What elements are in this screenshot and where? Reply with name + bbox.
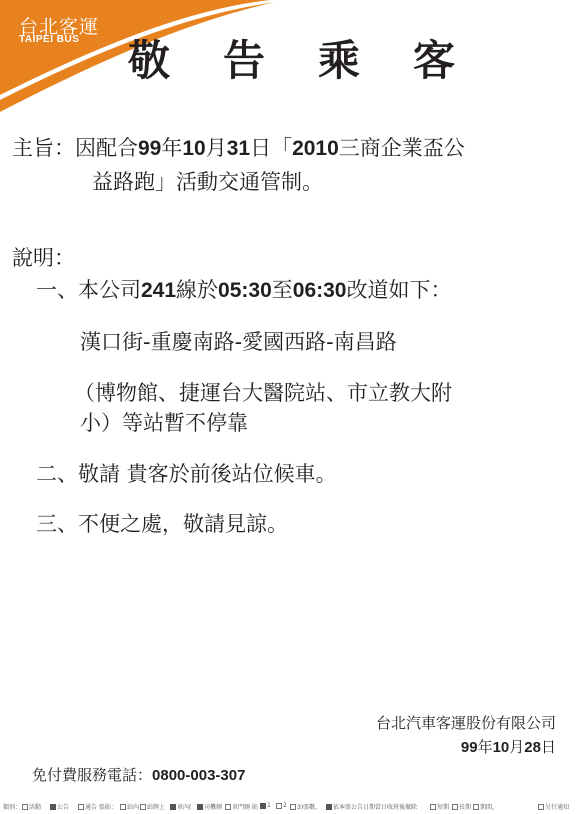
option-long-term[interactable]: 長期 — [452, 802, 471, 811]
option-in-station[interactable]: 站內 — [120, 802, 139, 811]
checkbox-icon — [538, 804, 544, 810]
checkbox-icon — [452, 804, 458, 810]
checkbox-icon — [78, 804, 84, 810]
option-label: 1 — [267, 802, 271, 809]
subject-line-2: 益路跑」活動交通管制。 — [92, 166, 323, 196]
option-count-1[interactable]: 1 — [260, 802, 271, 809]
subject-text: 因配合 — [75, 136, 138, 160]
checkbox-checked-icon — [260, 803, 266, 809]
option-notify-later[interactable]: 另行通知 — [538, 802, 569, 811]
checkbox-icon — [430, 804, 436, 810]
notice-date: 99年10月28日 — [461, 736, 556, 757]
subject-event-year: 2010 — [292, 137, 339, 160]
checkbox-icon — [22, 804, 28, 810]
option-label: 期間， — [480, 802, 498, 811]
date-day: 28 — [524, 739, 541, 756]
option-label: 3)張數， — [297, 802, 321, 811]
detour-route: 漢口街-重慶南路-愛國西路-南昌路 — [80, 326, 397, 356]
option-label: 站牌上 — [147, 802, 165, 811]
checkbox-checked-icon — [197, 804, 203, 810]
checkbox-icon — [290, 804, 296, 810]
checkbox-checked-icon — [50, 804, 56, 810]
page-title: 敬告乘客 — [128, 28, 508, 88]
item-1-mid2: 至 — [272, 278, 293, 302]
title-char-4: 客 — [413, 28, 508, 88]
option-count-2[interactable]: 2 — [276, 802, 287, 809]
option-notice[interactable]: 通告 張貼： — [78, 802, 117, 811]
checkbox-checked-icon — [326, 804, 332, 810]
option-count-3[interactable]: 3)張數， — [290, 802, 321, 811]
checkbox-icon — [473, 804, 479, 810]
date-month-unit: 月 — [509, 738, 524, 756]
category-label: 類別： — [3, 802, 21, 811]
brand-logo-en: TAIPEI BUS — [19, 34, 79, 45]
explanation-item-1: 一、本公司241線於05:30至06:30改道如下： — [36, 274, 451, 304]
skipped-stops-line-1: （博物館、捷運台大醫院站、市立教大附 — [74, 377, 452, 407]
checkbox-icon — [140, 804, 146, 810]
option-label: 通告 張貼： — [85, 802, 117, 811]
hotline: 免付費服務電話：0800-003-307 — [32, 764, 245, 785]
option-remove-after-date[interactable]: 依本張公告日期當日收班後撤除 — [326, 802, 417, 811]
option-driver-side[interactable]: 司機側 — [197, 802, 222, 811]
checkbox-icon — [225, 804, 231, 810]
subject-year-unit: 年 — [161, 136, 182, 160]
subject-day-unit: 日「 — [250, 136, 292, 160]
option-label: 活動 — [29, 802, 41, 811]
company-name: 台北汽車客運股份有限公司 — [376, 712, 556, 733]
option-activity[interactable]: 活動 — [22, 802, 41, 811]
option-label: 長期 — [459, 802, 471, 811]
option-door-side[interactable]: 車門側 貼 — [225, 802, 258, 811]
subject-month: 10 — [182, 137, 205, 160]
option-in-bus[interactable]: 車內( — [170, 802, 191, 811]
option-label: 公告 — [57, 802, 69, 811]
time-start: 05:30 — [218, 279, 272, 302]
title-char-2: 告 — [223, 28, 318, 88]
option-period[interactable]: 期間， — [473, 802, 498, 811]
option-announcement[interactable]: 公告 — [50, 802, 69, 811]
subject-label: 主旨： — [12, 136, 75, 160]
item-1-mid1: 線於 — [176, 278, 218, 302]
checkbox-icon — [276, 803, 282, 809]
title-char-1: 敬 — [128, 28, 223, 88]
date-year: 99 — [461, 739, 478, 756]
route-number: 241 — [141, 279, 176, 302]
date-month: 10 — [493, 739, 510, 756]
subject-line-1: 主旨：因配合99年10月31日「2010三商企業盃公 — [12, 132, 465, 162]
checkbox-icon — [120, 804, 126, 810]
title-char-3: 乘 — [318, 28, 413, 88]
posting-form-strip: 類別： 活動 公告 通告 張貼： 站內 站牌上 車內( 司機側 車門側 貼 1 … — [0, 800, 576, 812]
option-on-stop-sign[interactable]: 站牌上 — [140, 802, 165, 811]
subject-day: 31 — [227, 137, 250, 160]
option-label: 依本張公告日期當日收班後撤除 — [333, 802, 417, 811]
option-label: 司機側 — [204, 802, 222, 811]
hotline-number: 0800-003-307 — [152, 767, 245, 784]
option-label: 站內 — [127, 802, 139, 811]
date-day-unit: 日 — [541, 738, 556, 756]
explanation-item-3: 三、不便之處，敬請見諒。 — [36, 508, 288, 538]
time-end: 06:30 — [293, 279, 347, 302]
hotline-label: 免付費服務電話： — [32, 766, 152, 784]
date-year-unit: 年 — [478, 738, 493, 756]
option-label: 另行通知 — [545, 802, 569, 811]
subject-year: 99 — [138, 137, 161, 160]
explanation-item-2: 二、敬請 貴客於前後站位候車。 — [36, 458, 337, 488]
option-label: 短期 — [437, 802, 449, 811]
subject-event-name: 三商企業盃公 — [339, 136, 465, 160]
subject-month-unit: 月 — [206, 136, 227, 160]
option-label: 車內( — [177, 802, 191, 811]
checkbox-checked-icon — [170, 804, 176, 810]
explanation-label: 說明： — [12, 242, 75, 272]
item-1-prefix: 一、本公司 — [36, 278, 141, 302]
item-1-suffix: 改道如下： — [346, 278, 451, 302]
option-label: 車門側 貼 — [232, 802, 258, 811]
option-short-term[interactable]: 短期 — [430, 802, 449, 811]
skipped-stops-line-2: 小）等站暫不停靠 — [80, 407, 248, 437]
option-label: 2 — [283, 802, 287, 809]
